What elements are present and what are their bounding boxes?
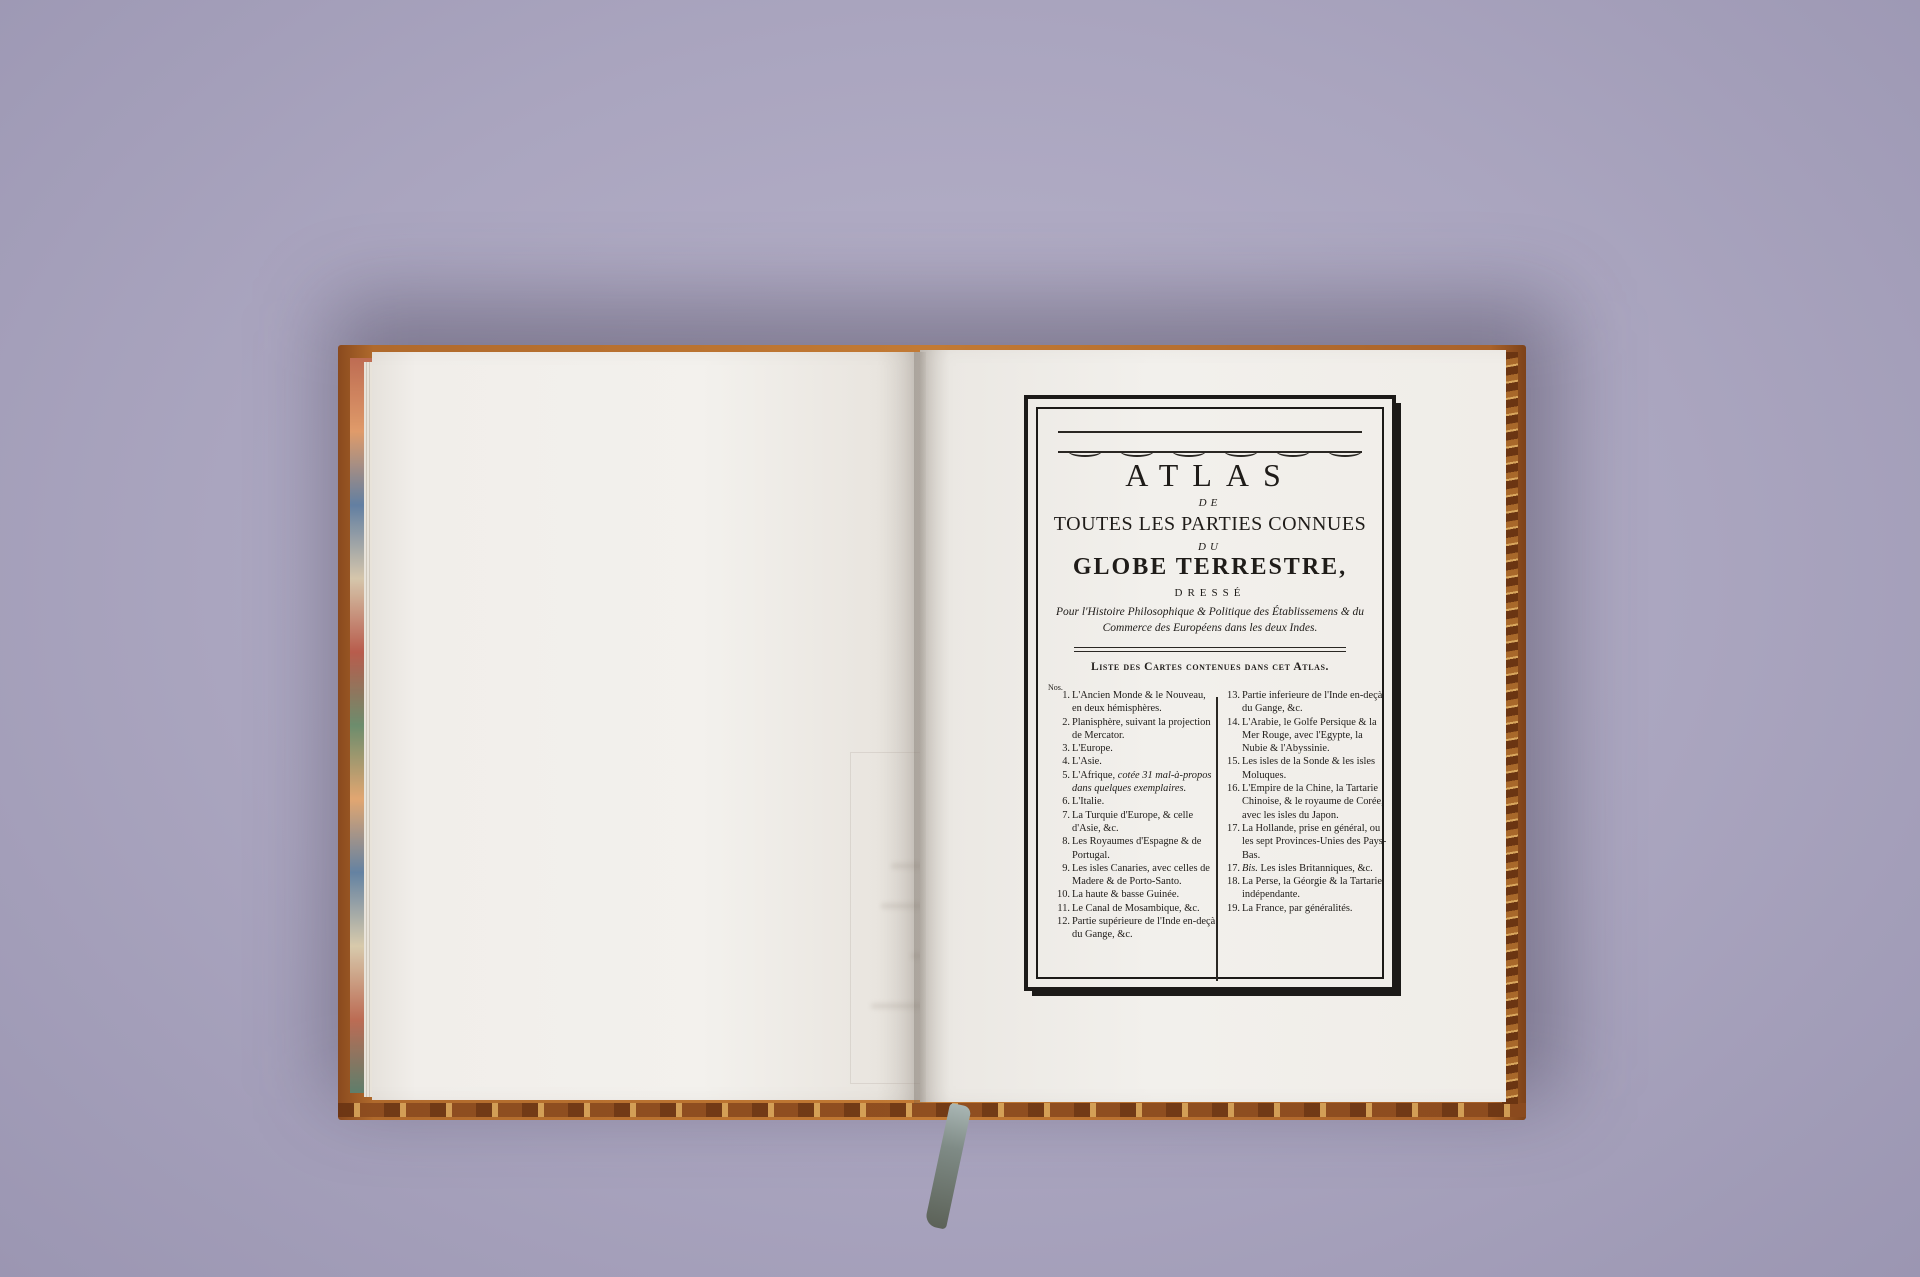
title-frame-inner: ATLAS DE TOUTES LES PARTIES CONNUES DU G… <box>1036 407 1384 979</box>
swag <box>1224 445 1258 457</box>
list-item: 12.Partie supérieure de l'Inde en-deçà d… <box>1052 915 1218 942</box>
ornamental-rule <box>1074 647 1346 652</box>
swag <box>1276 445 1310 457</box>
list-item: 17.La Hollande, prise en général, ou les… <box>1222 822 1388 862</box>
title-frame: ATLAS DE TOUTES LES PARTIES CONNUES DU G… <box>1024 395 1396 991</box>
list-item: 8.Les Royaumes d'Espagne & de Portugal. <box>1052 835 1218 862</box>
title-line2: TOUTES LES PARTIES CONNUES <box>1038 513 1382 536</box>
frame-shadow <box>1396 403 1401 996</box>
swag <box>1120 445 1154 457</box>
title-line3: GLOBE TERRESTRE, <box>1038 554 1382 581</box>
title-atlas: ATLAS <box>1038 457 1382 494</box>
gilt-edge-tooling <box>338 1103 1526 1117</box>
bookmark-ribbon[interactable] <box>924 1103 972 1230</box>
title-de: DE <box>1038 497 1382 509</box>
list-item: 1.L'Ancien Monde & le Nouveau, en deux h… <box>1052 689 1218 716</box>
list-item: 3.L'Europe. <box>1052 742 1218 755</box>
column-divider <box>1216 697 1218 981</box>
title-dresse: DRESSÉ <box>1038 587 1382 599</box>
list-heading: Liste des Cartes contenues dans cet Atla… <box>1038 661 1382 673</box>
title-subtitle: Pour l'Histoire Philosophique & Politiqu… <box>1038 604 1382 636</box>
list-item: 18.La Perse, la Géorgie & la Tartarie in… <box>1222 875 1388 902</box>
list-item: 15.Les isles de la Sonde & les isles Mol… <box>1222 755 1388 782</box>
list-item: 17.Bis. Les isles Britanniques, &c. <box>1222 862 1388 875</box>
map-list-left: Nos. 1.L'Ancien Monde & le Nouveau, en d… <box>1052 689 1218 942</box>
garland-ornament-icon <box>1058 431 1362 453</box>
list-item: 2.Planisphère, suivant la projection de … <box>1052 716 1218 743</box>
list-item: 11.Le Canal de Mosambique, &c. <box>1052 902 1218 915</box>
list-item: 4.L'Asie. <box>1052 755 1218 768</box>
book-gutter <box>914 352 926 1104</box>
list-item: 7.La Turquie d'Europe, & celle d'Asie, &… <box>1052 809 1218 836</box>
list-item: 10.La haute & basse Guinée. <box>1052 888 1218 901</box>
list-item: 13.Partie inferieure de l'Inde en-deçà d… <box>1222 689 1388 716</box>
map-list-right: 13.Partie inferieure de l'Inde en-deçà d… <box>1222 689 1388 915</box>
list-item: 9.Les isles Canaries, avec celles de Mad… <box>1052 862 1218 889</box>
list-item: 19.La France, par généralités. <box>1222 902 1388 915</box>
swag <box>1328 445 1362 457</box>
left-page[interactable] <box>372 352 920 1100</box>
list-item: 16.L'Empire de la Chine, la Tartarie Chi… <box>1222 782 1388 822</box>
list-item: 14.L'Arabie, le Golfe Persique & la Mer … <box>1222 716 1388 756</box>
swag <box>1172 445 1206 457</box>
title-du: DU <box>1038 541 1382 553</box>
list-item: 6.L'Italie. <box>1052 795 1218 808</box>
swag <box>1068 445 1102 457</box>
list-item: 5.L'Afrique, cotée 31 mal-à-propos dans … <box>1052 769 1218 796</box>
frame-shadow <box>1032 991 1401 996</box>
